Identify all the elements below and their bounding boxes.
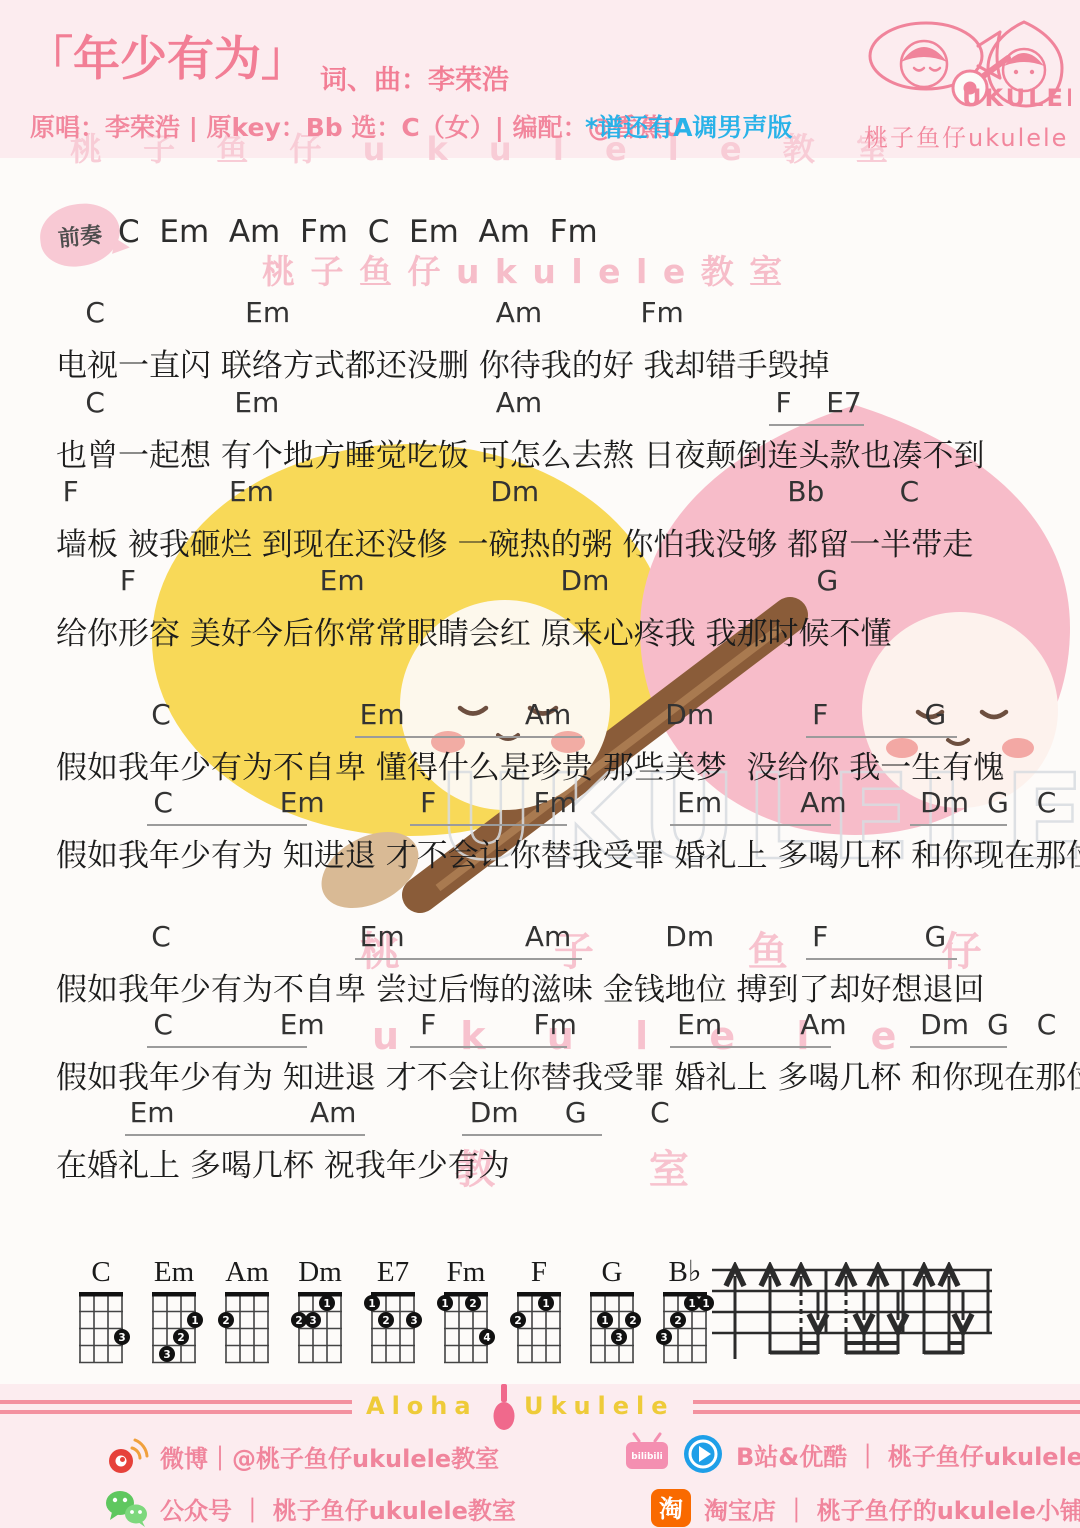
chord-label: Em <box>677 1008 722 1041</box>
chord-label: F <box>63 475 79 508</box>
chord-label: F <box>120 564 136 597</box>
body-watermark: 桃 子 鱼 仔 u k u l e l e 教 室 <box>262 246 784 293</box>
taobao-icon: 淘 <box>648 1486 694 1528</box>
chord-label: Am <box>525 920 571 953</box>
chord-label: Dm <box>561 564 610 597</box>
song-line: CEmAmFE7也曾一起想 有个地方睡觉吃饭 可怎么去熬 日夜颠倒连头款也凑不到 <box>0 386 1080 474</box>
chord-underline <box>806 736 957 738</box>
svg-text:1: 1 <box>191 1315 198 1327</box>
svg-text:4: 4 <box>483 1332 490 1344</box>
intro-chords: C Em Am Fm C Em Am Fm <box>118 214 598 250</box>
logo-word: UKULELE <box>962 84 1071 112</box>
chord-label: Fm <box>534 786 577 819</box>
chord-label: Am <box>525 698 571 731</box>
chord-diagram-label: Fm <box>437 1256 495 1289</box>
chord-diagram-label: F <box>510 1256 568 1289</box>
social-label: 淘宝店 ｜ 桃子鱼仔的ukulele小铺 <box>704 1491 1080 1526</box>
divider-line-left <box>0 1400 352 1404</box>
studio-logo: UKULELE <box>866 14 1071 116</box>
svg-text:2: 2 <box>674 1315 681 1327</box>
chord-diagram: G123 <box>583 1256 641 1369</box>
svg-text:3: 3 <box>615 1332 622 1344</box>
social-label: 公众号 ｜ 桃子鱼仔ukulele教室 <box>160 1491 516 1526</box>
chord-label: Fm <box>534 1008 577 1041</box>
chord-underline <box>670 824 831 826</box>
chord-label: Dm <box>665 920 714 953</box>
chord-diagram: Dm123 <box>291 1256 349 1369</box>
chord-label: F <box>812 920 828 953</box>
lyric-line: 假如我年少有为 知进退 才不会让你替我受罪 婚礼上 多喝几杯 和你现在那位 <box>56 830 1080 875</box>
svg-text:1: 1 <box>688 1298 695 1310</box>
svg-text:2: 2 <box>177 1332 184 1344</box>
svg-text:淘: 淘 <box>659 1495 683 1523</box>
song-line: CEmAmDmFG假如我年少有为不自卑 尝过后悔的滋味 金钱地位 搏到了却好想退… <box>0 920 1080 1008</box>
lyric-line: 给你形容 美好今后你常常眼睛会红 原来心疼我 我那时候不懂 <box>56 608 892 653</box>
divider-line-left <box>0 1410 352 1414</box>
chord-diagram: F12 <box>510 1256 568 1369</box>
chord-underline <box>670 1046 831 1048</box>
chord-underline <box>806 958 957 960</box>
chord-diagram-label: E7 <box>364 1256 422 1289</box>
chord-label: G <box>924 698 946 731</box>
chord-underline <box>355 958 582 960</box>
social-item: 淘淘宝店 ｜ 桃子鱼仔的ukulele小铺 <box>648 1486 1080 1528</box>
weibo-icon <box>104 1434 150 1478</box>
chord-diagram-label: Dm <box>291 1256 349 1289</box>
chord-label: F <box>775 386 791 419</box>
svg-text:3: 3 <box>118 1332 125 1344</box>
chord-label: Em <box>360 698 405 731</box>
chord-label: G <box>924 920 946 953</box>
chord-label: Em <box>280 786 325 819</box>
lyric-line: 假如我年少有为 知进退 才不会让你替我受罪 婚礼上 多喝几杯 和你现在那位 <box>56 1052 1080 1097</box>
lyric-line: 在婚礼上 多喝几杯 祝我年少有为 <box>56 1140 510 1185</box>
chord-diagram: E7123 <box>364 1256 422 1369</box>
chord-label: Am <box>800 786 846 819</box>
svg-text:2: 2 <box>295 1315 302 1327</box>
social-label: 微博｜@桃子鱼仔ukulele教室 <box>160 1439 499 1474</box>
chord-label: F <box>812 698 828 731</box>
chord-underline <box>910 824 1006 826</box>
svg-text:2: 2 <box>469 1298 476 1310</box>
chord-label: Em <box>229 475 274 508</box>
chord-label: C <box>85 386 105 419</box>
svg-text:2: 2 <box>382 1315 389 1327</box>
chord-underline <box>147 1046 307 1048</box>
svg-text:2: 2 <box>222 1315 229 1327</box>
version-note: *谱还有A调男声版 <box>585 108 792 144</box>
svg-text:bilibili: bilibili <box>631 1452 662 1462</box>
chord-label: E7 <box>826 386 862 419</box>
chord-label: Em <box>130 1096 175 1129</box>
divider-line-right <box>693 1400 1080 1404</box>
chord-label: C <box>85 296 105 329</box>
chord-label: G <box>565 1096 587 1129</box>
chord-label: Dm <box>470 1096 519 1129</box>
wechat-icon <box>104 1486 150 1528</box>
svg-text:3: 3 <box>660 1332 667 1344</box>
chord-label: C <box>153 786 173 819</box>
chord-diagram-label: Em <box>145 1256 203 1289</box>
chord-underline <box>147 824 307 826</box>
chord-diagram: B♭1123 <box>656 1256 714 1369</box>
svg-text:1: 1 <box>323 1298 330 1310</box>
song-line: CEmFFmEmAmDmGC假如我年少有为 知进退 才不会让你替我受罪 婚礼上 … <box>0 1008 1080 1096</box>
chord-label: Am <box>310 1096 356 1129</box>
chord-underline <box>769 424 864 426</box>
chord-diagram-label: G <box>583 1256 641 1289</box>
bilibili-icon: bilibili <box>624 1432 670 1476</box>
chord-label: Dm <box>490 475 539 508</box>
svg-text:1: 1 <box>441 1298 448 1310</box>
chord-label: F <box>420 786 436 819</box>
chord-diagram: Em123 <box>145 1256 203 1369</box>
chord-diagram-label: B♭ <box>656 1256 714 1289</box>
social-label: B站&优酷 ｜ 桃子鱼仔ukulele教室 <box>736 1437 1080 1472</box>
divider-ukulele-icon <box>490 1384 518 1432</box>
chord-diagram: Fm124 <box>437 1256 495 1369</box>
social-item: 微博｜@桃子鱼仔ukulele教室 <box>104 1434 499 1478</box>
chord-diagram: Am2 <box>218 1256 276 1369</box>
svg-text:2: 2 <box>629 1315 636 1327</box>
chord-label: Em <box>280 1008 325 1041</box>
song-line: FEmDmBbC墙板 被我砸烂 到现在还没修 一碗热的粥 你怕我没够 都留一半带… <box>0 475 1080 563</box>
song-line: CEmAmFm电视一直闪 联络方式都还没删 你待我的好 我却错手毁掉 <box>0 296 1080 384</box>
logo-caption: 桃子鱼仔ukulele <box>864 118 1068 153</box>
chord-label: G <box>987 786 1009 819</box>
song-line: FEmDmG给你形容 美好今后你常常眼睛会红 原来心疼我 我那时候不懂 <box>0 564 1080 652</box>
lyric-line: 也曾一起想 有个地方睡觉吃饭 可怎么去熬 日夜颠倒连头款也凑不到 <box>56 430 985 475</box>
social-item: bilibiliB站&优酷 ｜ 桃子鱼仔ukulele教室 <box>624 1432 1080 1476</box>
chord-diagram: C3 <box>72 1256 130 1369</box>
chord-label: Em <box>245 296 290 329</box>
chord-label: Dm <box>665 698 714 731</box>
chord-label: Fm <box>640 296 683 329</box>
svg-text:1: 1 <box>601 1315 608 1327</box>
chord-label: Am <box>496 386 542 419</box>
chord-label: Bb <box>787 475 824 508</box>
chord-label: F <box>420 1008 436 1041</box>
chord-label: C <box>900 475 920 508</box>
lyric-line: 假如我年少有为不自卑 懂得什么是珍贵 那些美梦 没给你 我一生有愧 <box>56 742 1004 787</box>
song-sheet-page: UKULELE 桃 子 鱼 仔u k u l e l e教 室 「年少有为」 词… <box>0 0 1080 1528</box>
chord-label: C <box>151 920 171 953</box>
lyric-line: 假如我年少有为不自卑 尝过后悔的滋味 金钱地位 搏到了却好想退回 <box>56 964 985 1009</box>
svg-text:3: 3 <box>309 1315 316 1327</box>
chord-label: Am <box>800 1008 846 1041</box>
chord-label: Am <box>496 296 542 329</box>
lyric-line: 墙板 被我砸烂 到现在还没修 一碗热的粥 你怕我没够 都留一半带走 <box>56 519 973 564</box>
chord-label: C <box>650 1096 670 1129</box>
svg-text:1: 1 <box>368 1298 375 1310</box>
chord-underline <box>410 1046 567 1048</box>
song-line: CEmFFmEmAmDmGC假如我年少有为 知进退 才不会让你替我受罪 婚礼上 … <box>0 786 1080 874</box>
divider-line-right <box>693 1410 1080 1414</box>
chord-diagram-label: C <box>72 1256 130 1289</box>
social-item: 公众号 ｜ 桃子鱼仔ukulele教室 <box>104 1486 516 1528</box>
song-title: 「年少有为」 <box>26 22 308 89</box>
song-line: EmAmDmGC在婚礼上 多喝几杯 祝我年少有为 <box>0 1096 1080 1184</box>
svg-text:3: 3 <box>410 1315 417 1327</box>
svg-text:3: 3 <box>163 1349 170 1361</box>
lyric-line: 电视一直闪 联络方式都还没删 你待我的好 我却错手毁掉 <box>56 340 830 385</box>
svg-text:2: 2 <box>514 1315 521 1327</box>
chord-underline <box>355 736 582 738</box>
chord-label: Em <box>360 920 405 953</box>
divider-word-aloha: Aloha <box>366 1392 478 1420</box>
chord-label: Em <box>677 786 722 819</box>
divider-word-ukulele: Ukulele <box>524 1392 675 1420</box>
chord-label: G <box>987 1008 1009 1041</box>
composer-credit: 词、曲：李荣浩 <box>320 58 509 97</box>
chord-label: Dm <box>920 786 969 819</box>
chord-underline <box>125 1134 365 1136</box>
chord-diagram-label: Am <box>218 1256 276 1289</box>
chord-underline <box>910 1046 1006 1048</box>
youku-icon <box>680 1432 726 1476</box>
svg-text:1: 1 <box>542 1298 549 1310</box>
chord-label: C <box>151 698 171 731</box>
chord-label: Em <box>320 564 365 597</box>
chord-label: C <box>1037 786 1057 819</box>
chord-label: C <box>1037 1008 1057 1041</box>
strum-pattern <box>708 1262 1000 1366</box>
chord-underline <box>410 824 567 826</box>
chord-label: Em <box>234 386 279 419</box>
chord-label: C <box>153 1008 173 1041</box>
chord-label: G <box>816 564 838 597</box>
chord-underline <box>462 1134 601 1136</box>
song-line: CEmAmDmFG假如我年少有为不自卑 懂得什么是珍贵 那些美梦 没给你 我一生… <box>0 698 1080 786</box>
chord-label: Dm <box>920 1008 969 1041</box>
